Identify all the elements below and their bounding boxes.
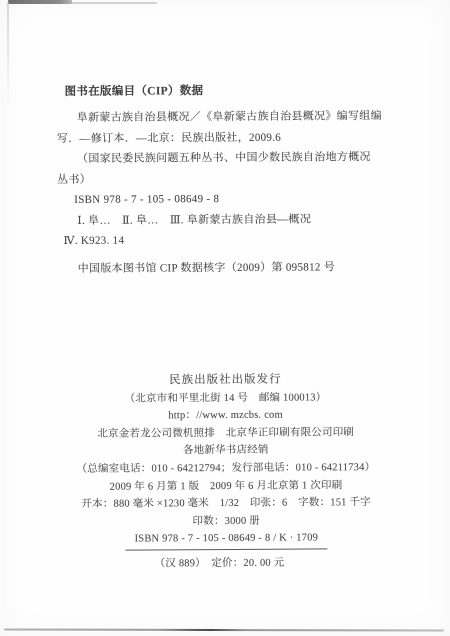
cip-series-line-2: 丛书） [57, 167, 409, 190]
isbn-code-line: ISBN 978 - 7 - 105 - 08649 - 8 / K · 170… [1, 529, 450, 552]
cip-series-line-1: （国家民委民族问题五种丛书、中国少数民族自治地方概况 [57, 147, 409, 170]
cip-classification-line-1: Ⅰ. 阜… Ⅱ. 阜… Ⅲ. 阜新蒙古族自治县—概况 [57, 208, 409, 231]
cip-data-block: 图书在版编目（CIP）数据 阜新蒙古族自治县概况／《阜新蒙古族自治县概况》编写组… [57, 81, 410, 279]
cip-heading: 图书在版编目（CIP）数据 [65, 81, 409, 99]
cip-record-number-line: 中国版本图书馆 CIP 数据核字（2009）第 095812 号 [58, 256, 410, 279]
isbn-code-underlined: ISBN 978 - 7 - 105 - 08649 - 8 / K · 170… [126, 532, 328, 551]
scanned-book-page: 图书在版编目（CIP）数据 阜新蒙古族自治县概况／《阜新蒙古族自治县概况》编写组… [0, 0, 450, 636]
price-line: （汉 889） 定价：20. 00 元 [0, 554, 445, 574]
cip-classification-line-2: Ⅳ. K923. 14 [57, 229, 409, 252]
cip-title-line-1: 阜新蒙古族自治县概况／《阜新蒙古族自治县概况》编写组编 [57, 106, 409, 129]
cip-title-line-2: 写．—修订本．—北京：民族出版社，2009.6 [57, 126, 409, 149]
colophon-block: 民族出版社出版发行 （北京市和平里北街 14 号 邮编 100013） http… [0, 371, 450, 575]
page-content: 图书在版编目（CIP）数据 阜新蒙古族自治县概况／《阜新蒙古族自治县概况》编写组… [0, 0, 450, 636]
cip-isbn-line: ISBN 978 - 7 - 105 - 08649 - 8 [57, 188, 409, 211]
